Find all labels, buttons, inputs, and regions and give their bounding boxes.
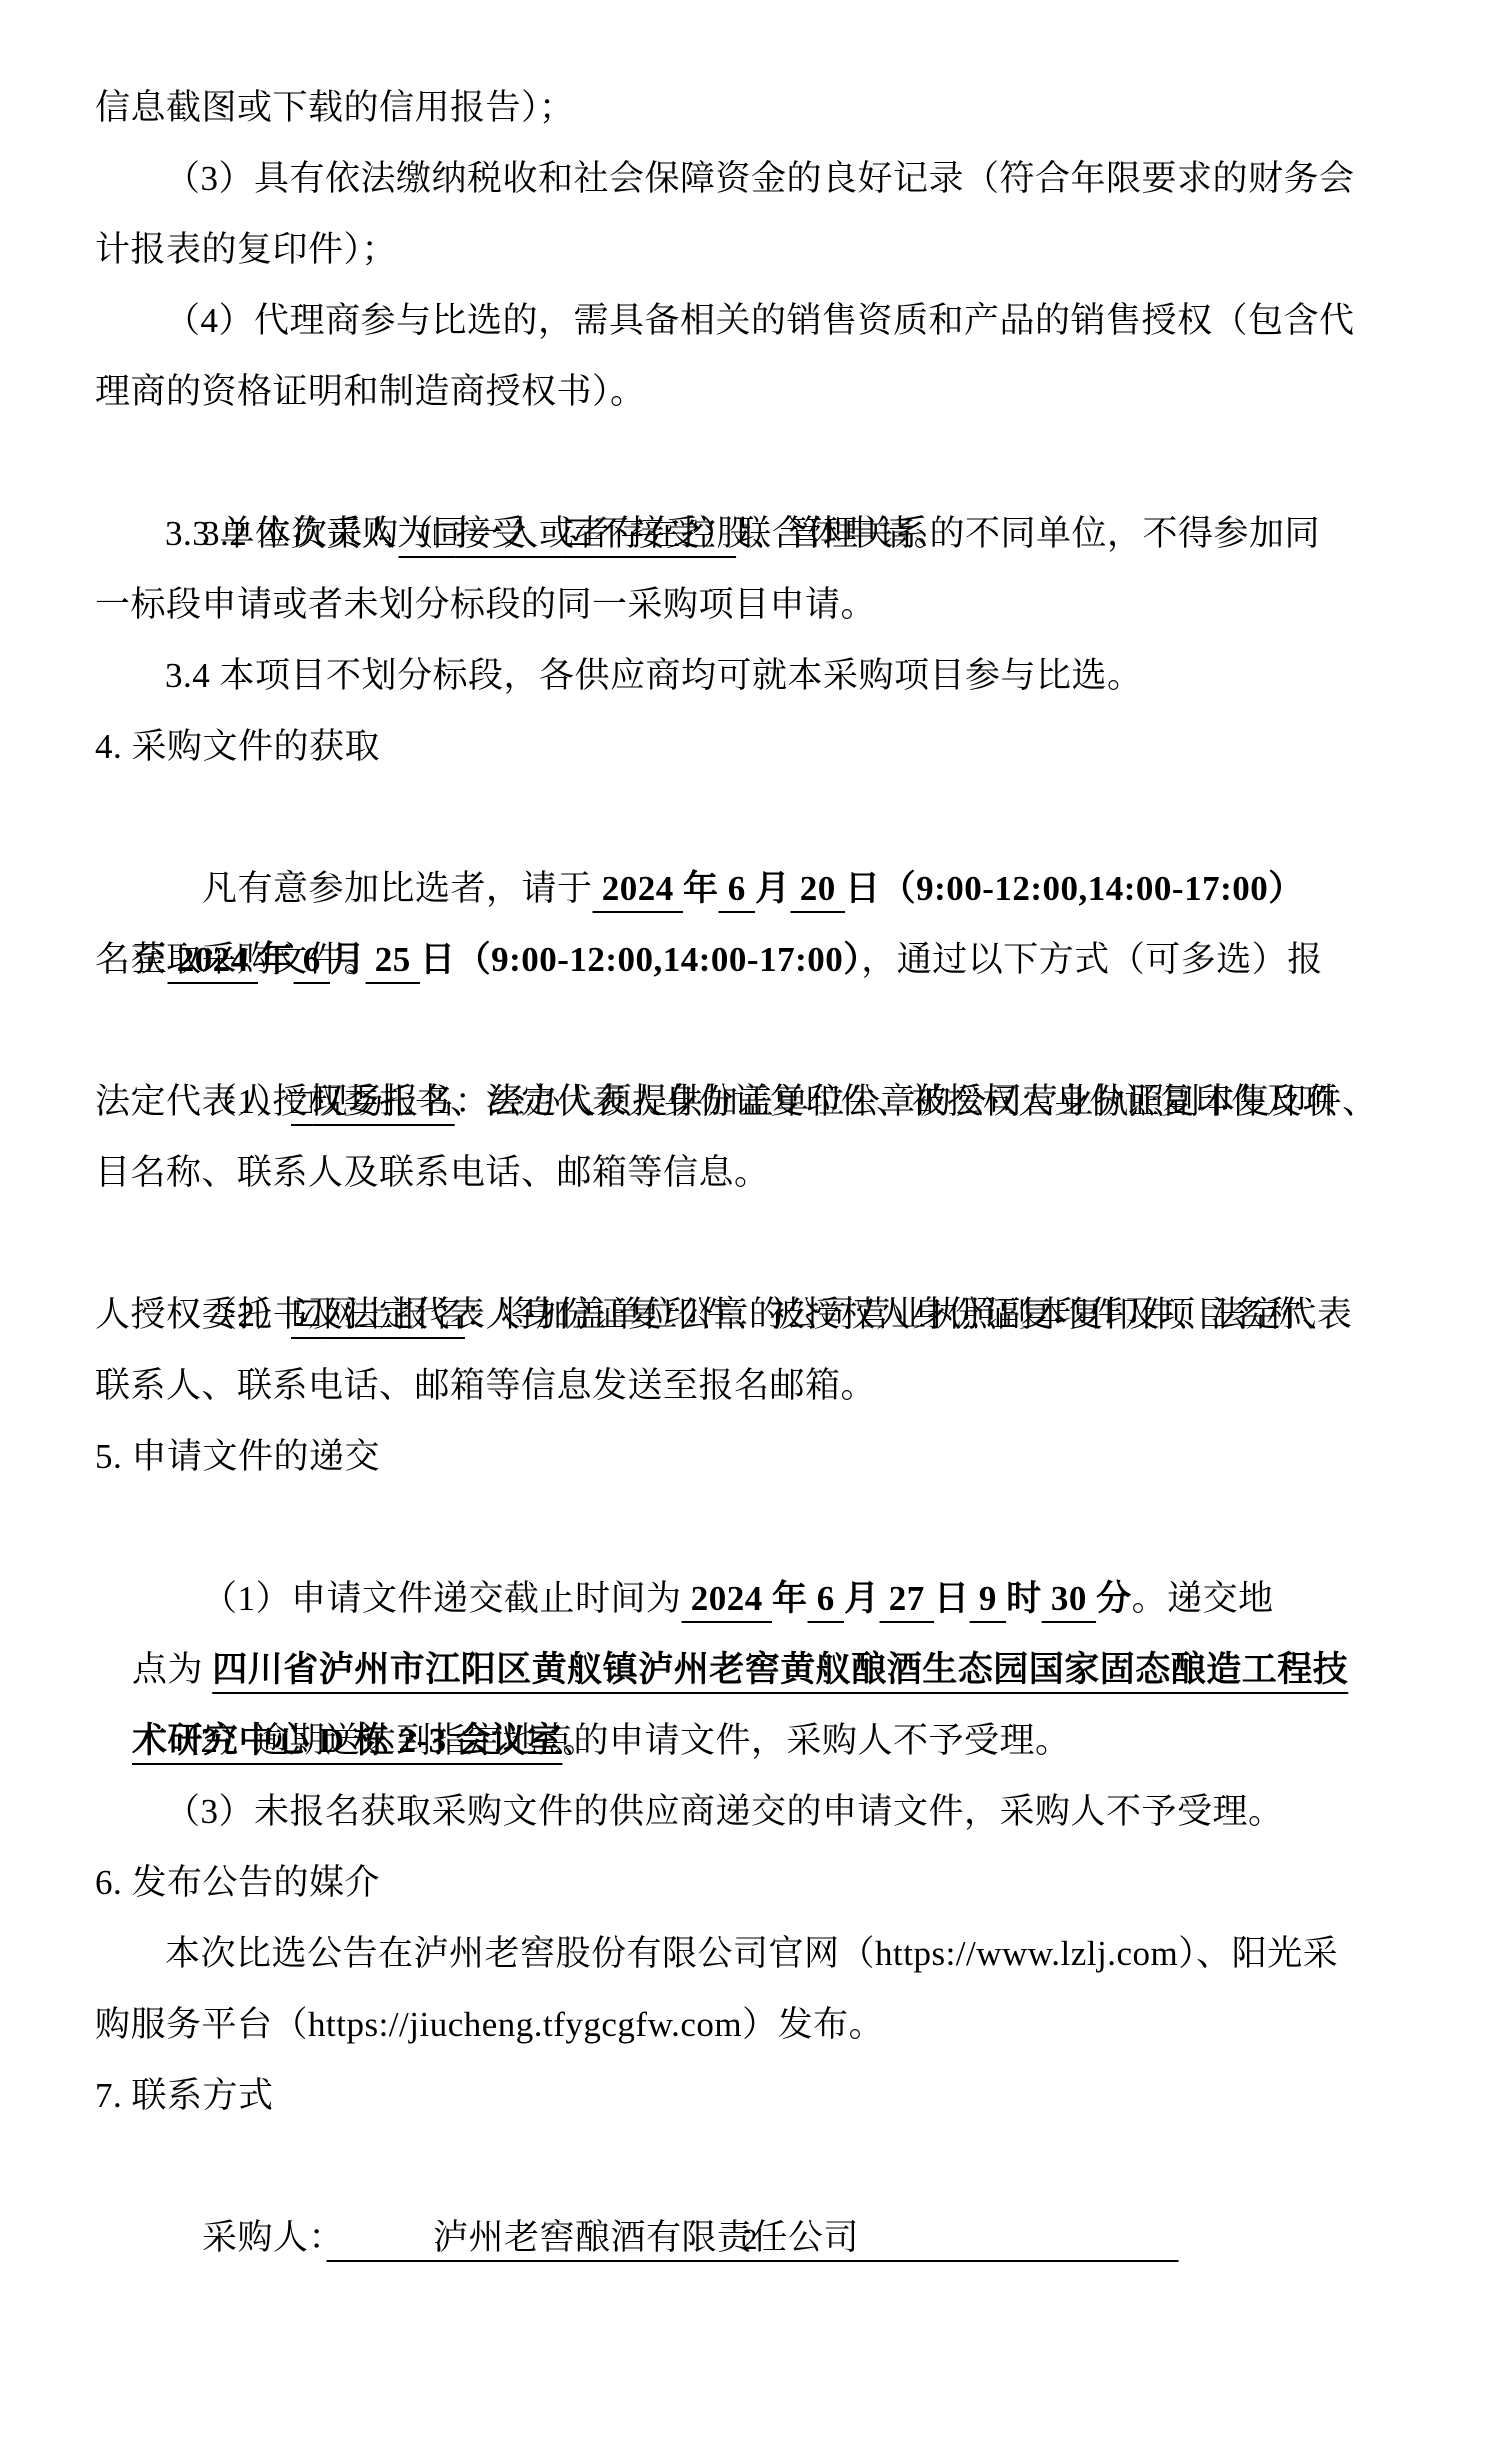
day-label: 日: [420, 940, 456, 979]
submission-address: 四川省泸州市江阳区黄舣镇泸州老窖黄舣酿酒生态园国家固态酿造工程技: [212, 1650, 1348, 1689]
paragraph-text: 目名称、联系人及联系电话、邮箱等信息。: [95, 1153, 770, 1192]
purchaser-label: 采购人：: [202, 2218, 327, 2257]
month-label: 月: [844, 1579, 880, 1618]
section-heading-7: 7. 联系方式: [95, 2060, 1405, 2131]
paragraph-text: 信息截图或下载的信用报告）；: [95, 88, 575, 127]
text-line: （2）☑网上报名：将加盖单位公章的公司营业执照副本复印件、法定代表: [95, 1208, 1405, 1279]
year-label: 年: [772, 1579, 808, 1618]
text-line: 人授权委托书及法定代表人身份证复印件、被授权人身份证复印件及项目名称、: [95, 1279, 1405, 1350]
day-label: 日: [934, 1579, 970, 1618]
paragraph-text: （3）具有依法缴纳税收和社会保障资金的良好记录（符合年限要求的财务会: [165, 159, 1355, 198]
paragraph-text: 名获取采购文件。: [95, 940, 379, 979]
year-blank: 2024: [682, 1579, 773, 1618]
paragraph-text: 凡有意参加比选者，请于: [202, 869, 593, 908]
month-label: 月: [755, 869, 791, 908]
paragraph-text: 点为: [132, 1650, 212, 1689]
paragraph-text: 法定代表人授权委托书、法定代表人身份证复印件、被授权人身份证复印件及项: [95, 1082, 1338, 1121]
hour-label: 时: [1006, 1579, 1042, 1618]
heading-text: 5. 申请文件的递交: [95, 1437, 380, 1476]
paragraph-text: 购服务平台（https://jiucheng.tfygcgfw.com）发布。: [95, 2005, 884, 2044]
year-blank: 2024: [593, 869, 684, 908]
section-heading-6: 6. 发布公告的媒介: [95, 1847, 1405, 1918]
day-label: 日: [845, 869, 881, 908]
text-line: 计报表的复印件）；: [95, 214, 1405, 285]
minute-blank: 30: [1042, 1579, 1097, 1618]
paragraph-text: （3）未报名获取采购文件的供应商递交的申请文件，采购人不予受理。: [165, 1792, 1284, 1831]
text-line: 法定代表人授权委托书、法定代表人身份证复印件、被授权人身份证复印件及项: [95, 1066, 1405, 1137]
text-line: 一标段申请或者未划分标段的同一采购项目申请。: [95, 569, 1405, 640]
text-line: （1）申请文件递交截止时间为 2024 年 6 月 27 日 9 时 30 分。…: [95, 1492, 1405, 1563]
text-line: 3.3 单位负责人为同一人或者存在控股、管理关系的不同单位，不得参加同: [95, 498, 1405, 569]
paragraph-text: 。递交地: [1132, 1579, 1274, 1618]
paragraph-text: 3.4 本项目不划分标段，各供应商均可就本采购项目参与比选。: [165, 656, 1143, 695]
paragraph-text: （2）逾期送达到指定地点的申请文件，采购人不予受理。: [165, 1721, 1071, 1760]
text-line: 凡有意参加比选者，请于 2024 年 6 月 20 日（9:00-12:00,1…: [95, 782, 1405, 853]
month-blank: 6: [808, 1579, 845, 1618]
text-line: 本次比选公告在泸州老窖股份有限公司官网（https://www.lzlj.com…: [95, 1918, 1405, 1989]
year-label: 年: [683, 869, 719, 908]
time-range: （9:00-12:00,14:00-17:00）: [881, 869, 1304, 908]
text-line: 采购人： 泸州老窖酿酒有限责任公司: [95, 2131, 1405, 2202]
paragraph-text: 一标段申请或者未划分标段的同一采购项目申请。: [95, 585, 876, 624]
day-blank: 27: [880, 1579, 935, 1618]
heading-text: 4. 采购文件的获取: [95, 727, 380, 766]
text-line: 3.2 本次采购（□接受 ☑不接受）联合体申请。: [95, 427, 1405, 498]
text-line: （3）具有依法缴纳税收和社会保障资金的良好记录（符合年限要求的财务会: [95, 143, 1405, 214]
text-line: 信息截图或下载的信用报告）；: [95, 72, 1405, 143]
paragraph-text: （4）代理商参与比选的，需具备相关的销售资质和产品的销售授权（包含代: [165, 301, 1355, 340]
minute-label: 分: [1096, 1579, 1132, 1618]
text-line: 3.4 本项目不划分标段，各供应商均可就本采购项目参与比选。: [95, 640, 1405, 711]
section-heading-4: 4. 采购文件的获取: [95, 711, 1405, 782]
paragraph-text: 理商的资格证明和制造商授权书）。: [95, 372, 646, 411]
text-line: 购服务平台（https://jiucheng.tfygcgfw.com）发布。: [95, 1989, 1405, 2060]
section-heading-5: 5. 申请文件的递交: [95, 1421, 1405, 1492]
day-blank: 20: [791, 869, 846, 908]
text-line: 目名称、联系人及联系电话、邮箱等信息。: [95, 1137, 1405, 1208]
paragraph-text: 联系人、联系电话、邮箱等信息发送至报名邮箱。: [95, 1366, 876, 1405]
month-blank: 6: [719, 869, 756, 908]
hour-blank: 9: [970, 1579, 1007, 1618]
document-page: 信息截图或下载的信用报告）； （3）具有依法缴纳税收和社会保障资金的良好记录（符…: [0, 0, 1500, 2260]
text-line: （3）未报名获取采购文件的供应商递交的申请文件，采购人不予受理。: [95, 1776, 1405, 1847]
paragraph-text: （1）申请文件递交截止时间为: [202, 1579, 682, 1618]
text-line: 联系人、联系电话、邮箱等信息发送至报名邮箱。: [95, 1350, 1405, 1421]
heading-text: 7. 联系方式: [95, 2076, 274, 2115]
paragraph-text: 人授权委托书及法定代表人身份证复印件、被授权人身份证复印件及项目名称、: [95, 1295, 1338, 1334]
text-line: （1）□现场报名：经办人须提供加盖单位公章的公司营业执照副本复印件、: [95, 995, 1405, 1066]
heading-text: 6. 发布公告的媒介: [95, 1863, 380, 1902]
paragraph-text: 3.3 单位负责人为同一人或者存在控股、管理关系的不同单位，不得参加同: [165, 514, 1320, 553]
text-line: （4）代理商参与比选的，需具备相关的销售资质和产品的销售授权（包含代: [95, 285, 1405, 356]
text-line: 理商的资格证明和制造商授权书）。: [95, 356, 1405, 427]
time-range: （9:00-12:00,14:00-17:00）: [456, 940, 862, 979]
text-line: （2）逾期送达到指定地点的申请文件，采购人不予受理。: [95, 1705, 1405, 1776]
paragraph-text: 计报表的复印件）；: [95, 230, 397, 269]
paragraph-text: ，通过以下方式（可多选）报: [861, 940, 1323, 979]
paragraph-text: 本次比选公告在泸州老窖股份有限公司官网（https://www.lzlj.com…: [165, 1934, 1338, 1973]
